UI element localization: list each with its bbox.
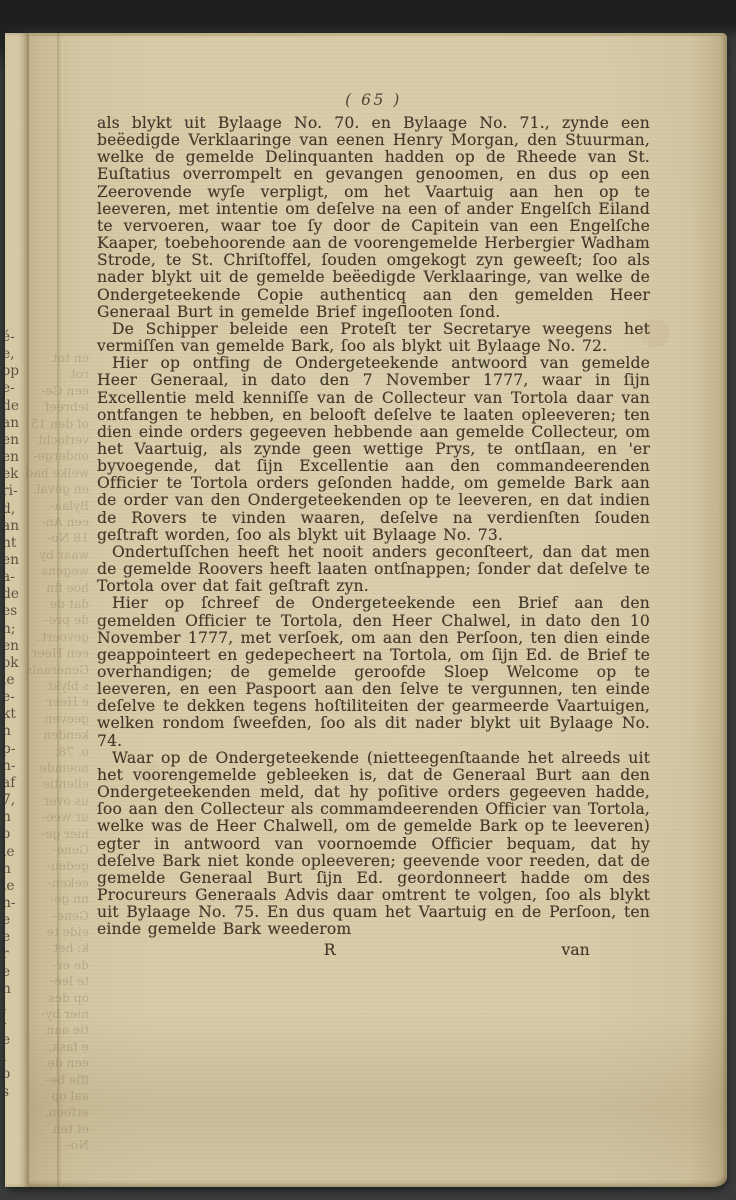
facing-page-fragment: 7, <box>5 792 28 809</box>
bleedthrough-fragment: verlocht <box>31 433 89 448</box>
facing-page-fragment: n <box>5 723 28 740</box>
book-photo-background: é-e,ope-deanenenekri-d,anntena-deesn;eno… <box>0 0 736 1200</box>
bleedthrough-fragment: dat de <box>31 597 89 612</box>
facing-page-fragment: o <box>5 826 28 843</box>
bleedthrough-fragment: Generaals <box>31 663 89 678</box>
facing-page-fragment: de <box>5 398 28 415</box>
facing-page-fragment: af <box>5 775 28 792</box>
bleedthrough-fragment: een An- <box>31 515 89 530</box>
facing-page-fragment: de <box>5 586 28 603</box>
bleedthrough-fragment: e fask, <box>31 1040 89 1055</box>
bleedthrough-fragment: et ten <box>31 1122 89 1137</box>
bleedthrough-fragment: de pre- <box>31 613 89 628</box>
bleedthrough-fragment: kenden <box>31 728 89 743</box>
paragraph: Waar op de Ondergeteekende (nietteegenſt… <box>97 750 650 939</box>
bleedthrough-fragment: onderge- <box>31 449 89 464</box>
facing-page-fragment: es <box>5 603 28 620</box>
bleedthrough-fragment: eeken- <box>31 876 89 891</box>
facing-page-fragment: en <box>5 552 28 569</box>
facing-page-fragment: p- <box>5 741 28 758</box>
facing-page-fragment: n <box>5 861 28 878</box>
bleedthrough-fragment: Gene- <box>31 909 89 924</box>
bleedthrough-fragment: ffie be- <box>31 1073 89 1088</box>
bleedthrough-fragment: Bylaa- <box>31 499 89 514</box>
bleedthrough-fragment: noemde <box>31 761 89 776</box>
page-content: ( 65 ) als blykt uit Bylaage No. 70. en … <box>97 91 650 960</box>
facing-page-fragment: en <box>5 432 28 449</box>
facing-page-fragment: kt <box>5 706 28 723</box>
bleedthrough-fragment: geeven <box>31 712 89 727</box>
bleedthrough-fragment: ellentie <box>31 777 89 792</box>
book-page: é-e,ope-deanenenekri-d,anntena-deesn;eno… <box>5 33 727 1187</box>
bleedthrough-fragment: een Heer <box>31 646 89 661</box>
bleedthrough-fragment: No- <box>31 1138 89 1153</box>
paragraph: De Schipper beleide een Proteſt ter Secr… <box>97 321 650 355</box>
facing-page-fragment: le <box>5 844 28 861</box>
facing-page-fragment: n; <box>5 621 28 638</box>
bleedthrough-fragment: welke had <box>31 466 89 481</box>
bleedthrough-fragment: erfoon, <box>31 1105 89 1120</box>
paragraph: Hier op ontfing de Ondergeteekende antwo… <box>97 355 650 544</box>
facing-page-fragment: ri- <box>5 483 28 500</box>
bleedthrough-fragment: of den 15 <box>31 417 89 432</box>
facing-page-fragment: i <box>5 1049 28 1066</box>
facing-page-fragment: n <box>5 809 28 826</box>
bleedthrough-fragment: tie aan <box>31 1023 89 1038</box>
facing-page-fragment: n <box>5 981 28 998</box>
facing-page-edge: é-e,ope-deanenenekri-d,anntena-deesn;eno… <box>5 33 29 1187</box>
bleedthrough-fragment: rot <box>31 367 89 382</box>
facing-page-fragment: le <box>5 878 28 895</box>
bleedthrough-fragment: ur wee- <box>31 810 89 825</box>
bleedthrough-fragment: nn ge- <box>31 892 89 907</box>
facing-page-fragment: d, <box>5 501 28 518</box>
bleedthrough-fragment: s blykt <box>31 679 89 694</box>
bleedthrough-fragment: 18 No- <box>31 531 89 546</box>
facing-page-fragment: - <box>5 1015 28 1032</box>
paragraph: Ondertuſſchen heeft het nooit anders gec… <box>97 544 650 595</box>
bleedthrough-fragment: gedeu- <box>31 859 89 874</box>
bleedthrough-fragment: en geval, <box>31 482 89 497</box>
bleedthrough-fragment: een Ge- <box>31 384 89 399</box>
facing-page-fragment: o <box>5 1066 28 1083</box>
facing-page-fragment: n- <box>5 895 28 912</box>
facing-page-fragment: a- <box>5 569 28 586</box>
facing-page-fragment: e <box>5 1032 28 1049</box>
facing-page-fragment: en <box>5 449 28 466</box>
bleedthrough-fragment: waar by <box>31 548 89 563</box>
bleedthrough-fragment: op des <box>31 991 89 1006</box>
bleedthrough-fragment: hoe fin <box>31 581 89 596</box>
facing-page-fragment: e <box>5 929 28 946</box>
catchword: van <box>562 941 590 959</box>
bleedthrough-fragment: een de <box>31 1056 89 1071</box>
facing-page-fragment: é- <box>5 329 28 346</box>
bleedthrough-fragment: e Heer <box>31 695 89 710</box>
facing-page-fragment: en <box>5 638 28 655</box>
paragraph: als blykt uit Bylaage No. 70. en Bylaage… <box>97 115 650 321</box>
bleedthrough-fragment: us over <box>31 794 89 809</box>
bleedthrough-fragment: k: het <box>31 941 89 956</box>
bleedthrough-fragment: Gene- <box>31 843 89 858</box>
bleedthrough-fragment: te lee- <box>31 974 89 989</box>
bleedthrough-fragment: de er- <box>31 958 89 973</box>
bleedthrough-fragment: gevoert. <box>31 630 89 645</box>
facing-page-fragment: nt <box>5 535 28 552</box>
facing-page-fragment: ok <box>5 655 28 672</box>
page-top-edge <box>5 33 727 36</box>
facing-page-fragment: n- <box>5 758 28 775</box>
facing-page-fragment: e- <box>5 380 28 397</box>
facing-page-fragment: e <box>5 964 28 981</box>
bleedthrough-fragment: o. 78. <box>31 745 89 760</box>
facing-page-fragment: le <box>5 672 28 689</box>
facing-page-fragment: e <box>5 912 28 929</box>
facing-page-fragment: e, <box>5 346 28 363</box>
bleedthrough-fragment: en tot <box>31 351 89 366</box>
page-number: ( 65 ) <box>97 91 650 109</box>
bleedthrough-fragment: nier by- <box>31 1007 89 1022</box>
paragraph: Hier op ſchreef de Ondergeteekende een B… <box>97 595 650 749</box>
facing-page-fragment: op <box>5 363 28 380</box>
facing-page-fragment: an <box>5 415 28 432</box>
facing-page-fragment: s <box>5 1084 28 1101</box>
facing-page-fragment: r <box>5 946 28 963</box>
signature-mark: R <box>324 941 336 959</box>
facing-page-fragment: e- <box>5 689 28 706</box>
bleedthrough-fragment: aal op <box>31 1089 89 1104</box>
facing-page-fragment: an <box>5 518 28 535</box>
facing-page-fragment: i <box>5 998 28 1015</box>
bleedthrough-fragment: wegens <box>31 564 89 579</box>
body-text: als blykt uit Bylaage No. 70. en Bylaage… <box>97 115 650 939</box>
bleedthrough-fragment: hier ge- <box>31 827 89 842</box>
bleedthrough-fragment: eide te <box>31 925 89 940</box>
footer-line: R van <box>97 941 650 960</box>
bleedthrough-fragment: lebreef <box>31 400 89 415</box>
